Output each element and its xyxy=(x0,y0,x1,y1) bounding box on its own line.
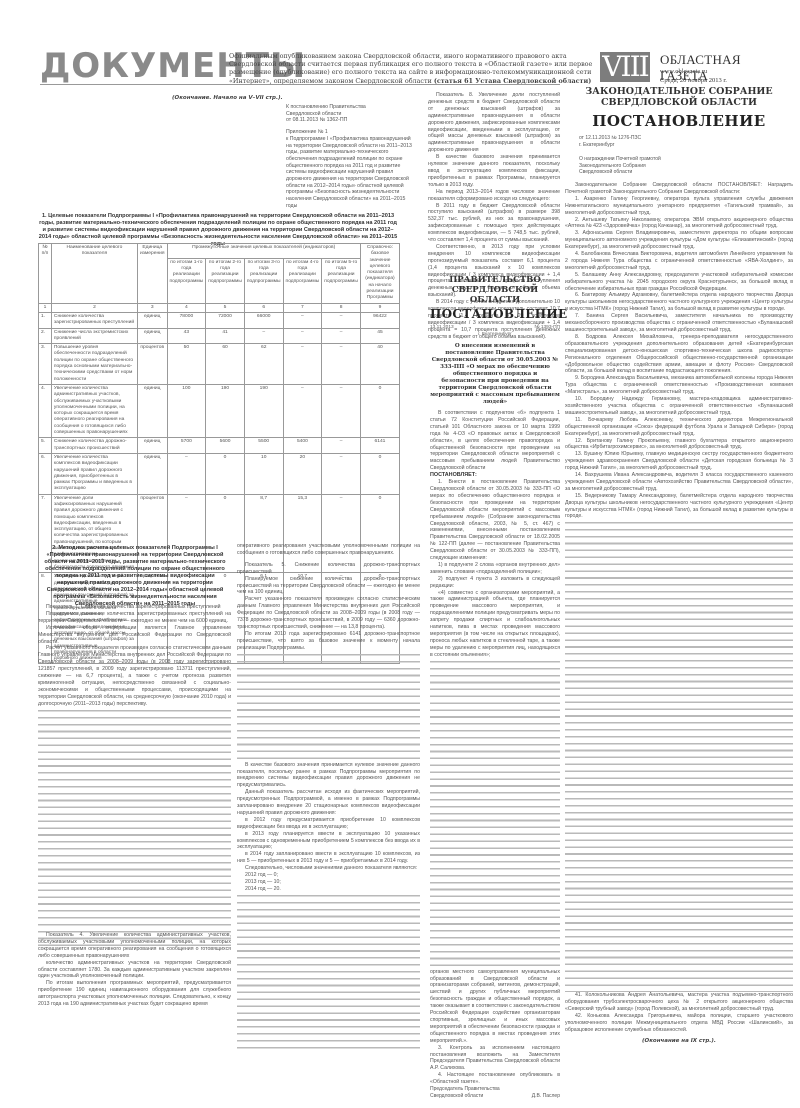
table-row: 4. Увеличение количества административны… xyxy=(39,384,400,437)
col-header-name: Наименование целевого показателя xyxy=(51,244,137,304)
award-item: 42. Конькова Александра Григорьевича, ма… xyxy=(565,1013,793,1034)
award-item: 1. Азаренко Галину Георгиевну, оператора… xyxy=(565,196,793,217)
col-header-unit: Единица измерения xyxy=(137,244,167,304)
col-header-num: № п/п xyxy=(39,244,52,304)
gov-decree-city: г. Екатеринбург xyxy=(430,332,560,337)
body-text-block xyxy=(565,520,793,992)
signatory-name: Д.В. Паслер xyxy=(532,1093,560,1100)
appendix-reference: К постановлению Правительства Свердловск… xyxy=(286,104,416,210)
leg-decree-date-number: от 12.11.2013 № 1276-ПЗС xyxy=(579,135,793,142)
table-row: 3. Повышение уровня обеспеченности подра… xyxy=(39,344,400,385)
col-header-year4: по итогам 4-го года реализации подпрогра… xyxy=(283,258,322,303)
newspaper-website-link[interactable]: www.oblgazeta.ru xyxy=(660,68,707,75)
leg-decree-title: ПОСТАНОВЛЕНИЕ xyxy=(565,112,793,130)
award-item: 15. Ведерникову Тамару Александровну, ба… xyxy=(565,493,793,521)
award-item: 11. Бочкареву Любовь Алексеевну, техниче… xyxy=(565,417,793,438)
award-item: 4. Балобанова Вячеслава Викторовича, вод… xyxy=(565,251,793,272)
gov-decree-title: ПОСТАНОВЛЕНИЕ xyxy=(430,307,560,321)
table-row: 1. Снижение количества зарегистрированны… xyxy=(39,312,400,328)
leg-decree-city: г. Екатеринбург xyxy=(579,142,793,149)
table-row: 2. Снижение числа экстремистских проявле… xyxy=(39,328,400,344)
col-header-year3: по итогам 3-го года реализации подпрогра… xyxy=(244,258,283,303)
appendix-text: к Подпрограмме I «Профилактика правонару… xyxy=(286,136,416,210)
award-item: 5. Балашеву Анну Александровну, председа… xyxy=(565,272,793,293)
gov-decree-number: № 1393-ПП xyxy=(534,325,560,330)
appendix-label: Приложение № 1 xyxy=(286,129,416,136)
methodology-title: 2. Методика расчета целевых показателей … xyxy=(40,545,230,608)
gov-decree-subject: О внесении изменений в постановление Пра… xyxy=(430,343,560,406)
publication-notice: Официальным опубликованием закона Свердл… xyxy=(229,52,595,85)
table-row: 5. Снижение количества дорожно-транспорт… xyxy=(39,438,400,454)
government-decree: ПРАВИТЕЛЬСТВО СВЕРДЛОВСКОЙ ОБЛАСТИ ПОСТА… xyxy=(430,265,560,1100)
continuation-note: (Окончание. Начало на V–VII стр.). xyxy=(172,95,283,101)
body-text-block xyxy=(38,708,231,948)
gov-decree-date: 13.11.2013 xyxy=(430,325,454,330)
gov-resolves-label: ПОСТАНОВЛЯЕТ: xyxy=(430,472,560,479)
award-item: 41. Колокольникова Андрея Анатольевича, … xyxy=(565,992,793,1013)
body-text-block xyxy=(430,659,560,969)
col-header-year1: по итогам 1-го года реализации подпрогра… xyxy=(167,258,206,303)
award-item: 3. Афонасьева Сергея Владимировича, заме… xyxy=(565,230,793,251)
award-item: 8. Бодрова Алексея Михайловича, тренера-… xyxy=(565,334,793,375)
page-number: VIII xyxy=(600,52,650,82)
award-item: 7. Банина Сергея Васильевича, заместител… xyxy=(565,313,793,334)
continued-note: (Окончание на IX стр.). xyxy=(565,1038,793,1045)
award-item: 9. Бородина Александра Васильевича, меха… xyxy=(565,375,793,396)
award-item: 13. Бушину Юлию Юрьевну, главную медицин… xyxy=(565,451,793,472)
col-header-group: Промежуточные значения целевых показател… xyxy=(167,244,360,259)
leg-decree-body: Законодательное Собрание Свердловской об… xyxy=(565,182,793,1045)
body-text-block xyxy=(237,652,420,762)
gov-organization: ПРАВИТЕЛЬСТВО СВЕРДЛОВСКОЙ ОБЛАСТИ xyxy=(430,275,560,305)
leg-decree-subject: О награждении Почетной грамотой Законода… xyxy=(579,156,793,176)
col-header-year5: по итогам 5-го года реализации подпрогра… xyxy=(322,258,361,303)
issue-date: Среда, 20 ноября 2013 г. xyxy=(660,77,727,84)
leg-organization: ЗАКОНОДАТЕЛЬНОЕ СОБРАНИЕ СВЕРДЛОВСКОЙ ОБ… xyxy=(565,86,793,108)
legislative-decree: ЗАКОНОДАТЕЛЬНОЕ СОБРАНИЕ СВЕРДЛОВСКОЙ ОБ… xyxy=(565,86,793,1045)
table-header-row: № п/п Наименование целевого показателя Е… xyxy=(39,244,400,259)
gov-signature: Председатель Правительства Свердловской … xyxy=(430,1086,560,1100)
column-number-row: 1 2 3 4 5 6 7 8 9 xyxy=(39,303,400,312)
gov-decree-body: В соответствии с подпунктом «б» подпункт… xyxy=(430,410,560,1100)
award-item: 12. Британову Галину Прокопьевну, главно… xyxy=(565,438,793,452)
methodology-indicator-4: Показатель 4. Увеличение количества адми… xyxy=(38,932,231,1008)
award-item: 6. Бактирову Альмиру Адгамовну, балетмей… xyxy=(565,292,793,313)
methodology-column-2: оперативного реагирования участковыми уп… xyxy=(237,543,420,1053)
masthead: ДОКУМЕНТЫ Официальным опубликованием зак… xyxy=(40,50,790,80)
award-item: 14. Вахрушева Ивана Александровича, води… xyxy=(565,472,793,493)
header-divider xyxy=(40,84,560,85)
col-header-base: Справочно: базовое значение целевого пок… xyxy=(360,244,399,304)
award-item: 10. Бородину Надежду Германовну, мастера… xyxy=(565,396,793,417)
methodology-column-1: Показатель 1. Снижение количества зареги… xyxy=(38,604,231,948)
award-item: 2. Антышеву Татьяну Николаевну, оператор… xyxy=(565,217,793,231)
col-header-year2: по итогам 2-го года реализации подпрогра… xyxy=(206,258,245,303)
body-text-block xyxy=(237,893,420,1053)
table-row: 6. Увеличение количества комплексов виде… xyxy=(39,453,400,494)
